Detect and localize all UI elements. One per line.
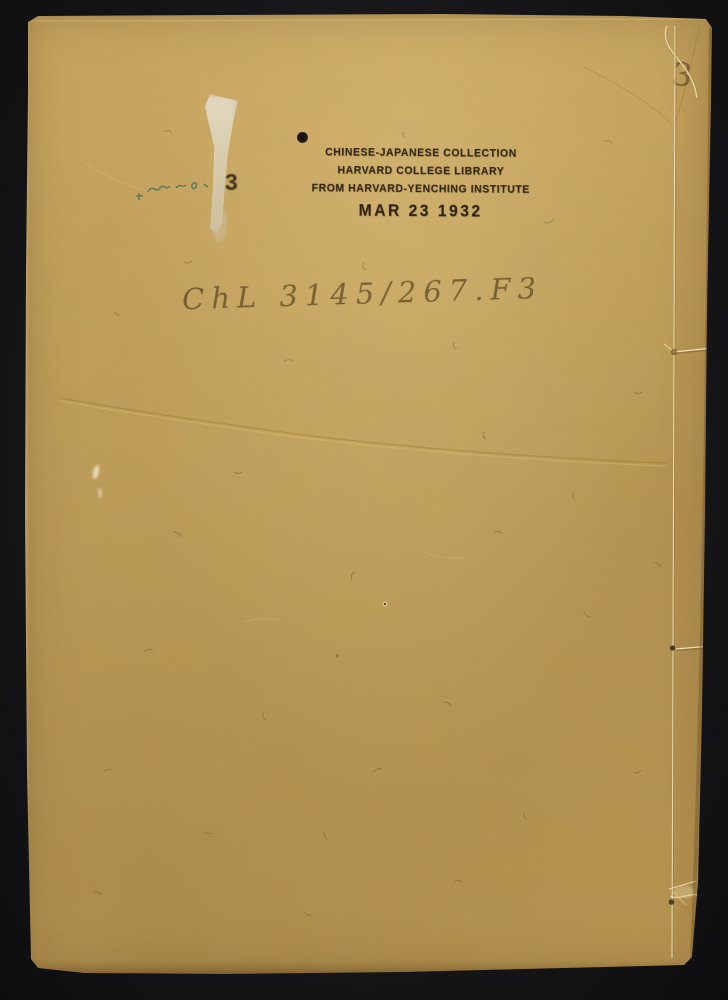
small-holes [336,601,388,657]
white-scuffs [92,209,230,498]
stitch-upper [664,344,713,355]
corner-page-number: 3 [670,55,695,95]
teal-scribble [136,183,208,200]
call-number-pencil: ChL 3145/267.F3 [182,270,583,317]
stitch-middle [670,645,711,650]
binding-stitch-thread [672,26,676,958]
paper-fibers [94,131,660,915]
bottom-creases [42,926,152,950]
top-edge-highlight [32,19,708,21]
stamp-line-2: HARVARD COLLEGE LIBRARY [278,161,563,181]
light-scratches [84,162,466,622]
scan-background: 3 CHINESE-JAPANESE COLLECTION HARVARD CO… [0,0,728,1000]
right-edge-shadow [692,28,711,960]
label-number: 3 [225,169,238,196]
stamp-line-1: CHINESE-JAPANESE COLLECTION [278,143,563,163]
stamp-date: MAR 23 1932 [278,201,563,222]
stamp-line-3: FROM HARVARD-YENCHING INSTITUTE [278,179,563,199]
book-cover: 3 CHINESE-JAPANESE COLLECTION HARVARD CO… [24,12,714,974]
library-stamp: CHINESE-JAPANESE COLLECTION HARVARD COLL… [278,143,564,222]
diagonal-crease [60,398,667,466]
stitch-lower-frayed [669,881,700,905]
wormhole-dot [297,132,308,143]
label-remnant [202,94,238,234]
